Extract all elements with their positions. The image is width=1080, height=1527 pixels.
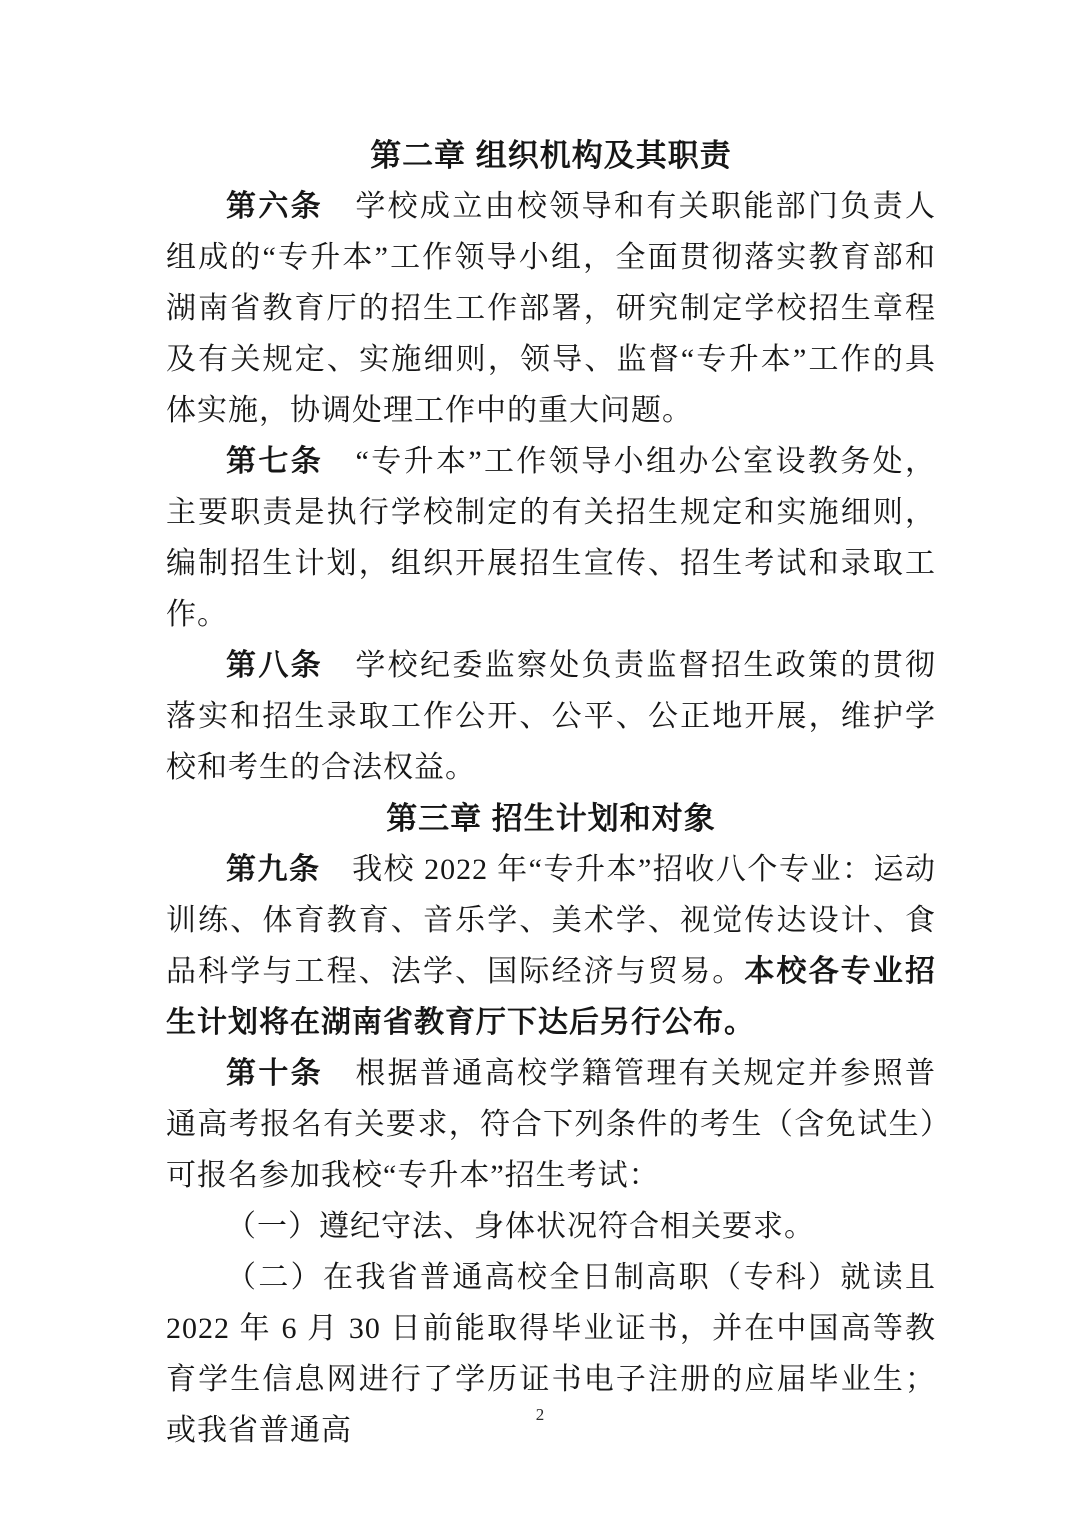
paragraph: 第七条 “专升本”工作领导小组办公室设教务处，主要职责是执行学校制定的有关招生规… [166, 436, 936, 640]
text-run: （一）遵纪守法、身体状况符合相关要求。 [226, 1210, 815, 1243]
text-run: 学校成立由校领导和有关职能部门负责人组成的“专升本”工作领导小组，全面贯彻落实教… [166, 190, 936, 427]
paragraph: 第六条 学校成立由校领导和有关职能部门负责人组成的“专升本”工作领导小组，全面贯… [166, 181, 936, 436]
document-body: 第二章 组织机构及其职责第六条 学校成立由校领导和有关职能部门负责人组成的“专升… [166, 130, 936, 1456]
paragraph: 第九条 我校 2022 年“专升本”招收八个专业：运动训练、体育教育、音乐学、美… [166, 844, 936, 1048]
bold-text-run: 第八条 [226, 649, 323, 682]
bold-text-run: 第七条 [226, 445, 323, 478]
page-number: 2 [0, 1405, 1080, 1425]
bold-text-run: 第三章 招生计划和对象 [386, 801, 716, 836]
paragraph: （一）遵纪守法、身体状况符合相关要求。 [166, 1201, 936, 1252]
bold-text-run: 第九条 [226, 853, 321, 886]
bold-text-run: 第六条 [226, 190, 323, 223]
paragraph: 第八条 学校纪委监察处负责监督招生政策的贯彻落实和招生录取工作公开、公平、公正地… [166, 640, 936, 793]
section-heading: 第二章 组织机构及其职责 [166, 130, 936, 181]
paragraph: 第十条 根据普通高校学籍管理有关规定并参照普通高考报名有关要求，符合下列条件的考… [166, 1048, 936, 1201]
bold-text-run: 第二章 组织机构及其职责 [370, 138, 732, 173]
paragraph: （二）在我省普通高校全日制高职（专科）就读且 2022 年 6 月 30 日前能… [166, 1252, 936, 1456]
section-heading: 第三章 招生计划和对象 [166, 793, 936, 844]
bold-text-run: 第十条 [226, 1057, 323, 1090]
document-page: 第二章 组织机构及其职责第六条 学校成立由校领导和有关职能部门负责人组成的“专升… [0, 0, 1080, 1527]
